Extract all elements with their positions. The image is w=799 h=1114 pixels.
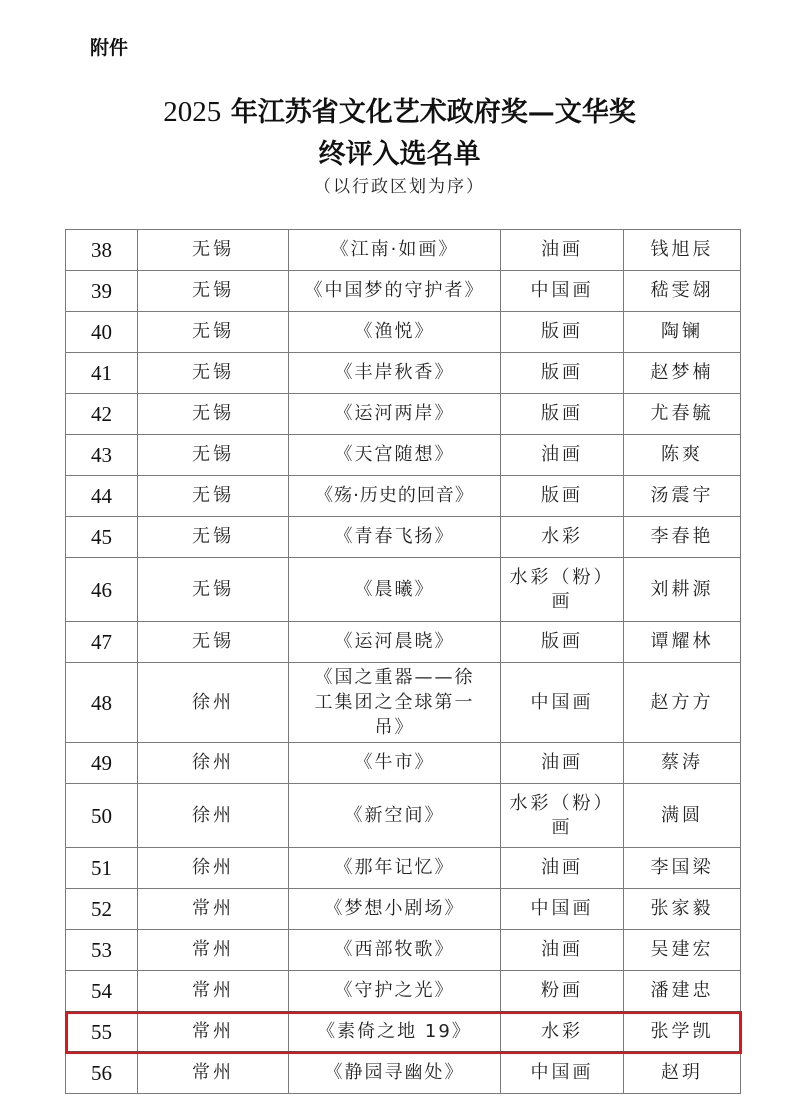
cell-region: 徐州 (138, 663, 289, 743)
table-row: 47 无锡 《运河晨晓》 版画 谭耀林 (66, 622, 741, 663)
cell-number: 55 (66, 1012, 138, 1053)
cell-category: 中国画 (501, 1053, 624, 1094)
cell-author: 满圆 (624, 784, 741, 848)
cell-number: 50 (66, 784, 138, 848)
cell-author: 刘耕源 (624, 558, 741, 622)
cell-work-title: 《运河晨晓》 (289, 622, 501, 663)
cell-work-title: 《江南·如画》 (289, 230, 501, 271)
cell-number: 53 (66, 930, 138, 971)
cell-author: 陶镧 (624, 312, 741, 353)
table-row: 46 无锡 《晨曦》 水彩（粉）画 刘耕源 (66, 558, 741, 622)
table-row: 53 常州 《西部牧歌》 油画 吴建宏 (66, 930, 741, 971)
cell-region: 无锡 (138, 230, 289, 271)
title-year: 2025 (163, 96, 221, 128)
cell-region: 常州 (138, 930, 289, 971)
cell-category: 版画 (501, 476, 624, 517)
cell-number: 45 (66, 517, 138, 558)
cell-category: 水彩（粉）画 (501, 784, 624, 848)
cell-author: 吴建宏 (624, 930, 741, 971)
table-row: 44 无锡 《殇·历史的回音》 版画 汤震宇 (66, 476, 741, 517)
cell-work-title: 《静园寻幽处》 (289, 1053, 501, 1094)
cell-work-title: 《牛市》 (289, 743, 501, 784)
cell-author: 赵梦楠 (624, 353, 741, 394)
cell-category: 水彩（粉）画 (501, 558, 624, 622)
cell-work-title: 《殇·历史的回音》 (289, 476, 501, 517)
cell-work-title: 《渔悦》 (289, 312, 501, 353)
cell-work-title: 《丰岸秋香》 (289, 353, 501, 394)
cell-author: 蔡涛 (624, 743, 741, 784)
cell-region: 无锡 (138, 435, 289, 476)
cell-author: 汤震宇 (624, 476, 741, 517)
cell-category: 中国画 (501, 271, 624, 312)
cell-work-title: 《新空间》 (289, 784, 501, 848)
document-title: 2025 年江苏省文化艺术政府奖—文华奖 (0, 90, 799, 129)
cell-work-title: 《国之重器——徐工集团之全球第一吊》 (289, 663, 501, 743)
document-subtitle: （以行政区划为序） (0, 172, 799, 197)
table-row: 48 徐州 《国之重器——徐工集团之全球第一吊》 中国画 赵方方 (66, 663, 741, 743)
nominee-table: 38 无锡 《江南·如画》 油画 钱旭辰 39 无锡 《中国梦的守护者》 中国画… (65, 229, 741, 1094)
cell-author: 潘建忠 (624, 971, 741, 1012)
table-row: 56 常州 《静园寻幽处》 中国画 赵玥 (66, 1053, 741, 1094)
cell-author: 赵玥 (624, 1053, 741, 1094)
table-row: 39 无锡 《中国梦的守护者》 中国画 嵇雯翃 (66, 271, 741, 312)
cell-category: 油画 (501, 743, 624, 784)
cell-author: 尤春毓 (624, 394, 741, 435)
table-row: 43 无锡 《天宫随想》 油画 陈爽 (66, 435, 741, 476)
cell-number: 49 (66, 743, 138, 784)
cell-category: 油画 (501, 435, 624, 476)
cell-category: 版画 (501, 312, 624, 353)
cell-category: 水彩 (501, 517, 624, 558)
table-row: 49 徐州 《牛市》 油画 蔡涛 (66, 743, 741, 784)
cell-region: 徐州 (138, 848, 289, 889)
cell-work-title: 《天宫随想》 (289, 435, 501, 476)
table-row: 42 无锡 《运河两岸》 版画 尤春毓 (66, 394, 741, 435)
cell-category: 粉画 (501, 971, 624, 1012)
cell-number: 43 (66, 435, 138, 476)
cell-region: 常州 (138, 971, 289, 1012)
table-row: 52 常州 《梦想小剧场》 中国画 张家毅 (66, 889, 741, 930)
cell-work-title: 《那年记忆》 (289, 848, 501, 889)
cell-author: 陈爽 (624, 435, 741, 476)
table-row: 50 徐州 《新空间》 水彩（粉）画 满圆 (66, 784, 741, 848)
cell-category: 版画 (501, 394, 624, 435)
cell-region: 无锡 (138, 353, 289, 394)
cell-number: 39 (66, 271, 138, 312)
cell-category: 油画 (501, 230, 624, 271)
table-row: 51 徐州 《那年记忆》 油画 李国梁 (66, 848, 741, 889)
cell-number: 38 (66, 230, 138, 271)
cell-author: 谭耀林 (624, 622, 741, 663)
cell-number: 54 (66, 971, 138, 1012)
cell-category: 油画 (501, 930, 624, 971)
table-row: 38 无锡 《江南·如画》 油画 钱旭辰 (66, 230, 741, 271)
cell-region: 无锡 (138, 271, 289, 312)
cell-number: 52 (66, 889, 138, 930)
cell-region: 徐州 (138, 743, 289, 784)
cell-number: 42 (66, 394, 138, 435)
cell-author: 嵇雯翃 (624, 271, 741, 312)
cell-author: 赵方方 (624, 663, 741, 743)
cell-number: 48 (66, 663, 138, 743)
cell-number: 41 (66, 353, 138, 394)
table-row-highlighted: 55 常州 《素倚之地 19》 水彩 张学凯 (66, 1012, 741, 1053)
table-row: 45 无锡 《青春飞扬》 水彩 李春艳 (66, 517, 741, 558)
cell-number: 56 (66, 1053, 138, 1094)
cell-work-title: 《中国梦的守护者》 (289, 271, 501, 312)
cell-author: 张家毅 (624, 889, 741, 930)
cell-region: 无锡 (138, 394, 289, 435)
cell-region: 常州 (138, 1012, 289, 1053)
table-row: 40 无锡 《渔悦》 版画 陶镧 (66, 312, 741, 353)
cell-category: 水彩 (501, 1012, 624, 1053)
cell-region: 无锡 (138, 622, 289, 663)
title-line-1: 年江苏省文化艺术政府奖—文华奖 (221, 97, 635, 128)
cell-work-title: 《青春飞扬》 (289, 517, 501, 558)
cell-author: 张学凯 (624, 1012, 741, 1053)
cell-number: 44 (66, 476, 138, 517)
cell-region: 徐州 (138, 784, 289, 848)
cell-region: 无锡 (138, 517, 289, 558)
cell-work-title: 《运河两岸》 (289, 394, 501, 435)
cell-region: 无锡 (138, 558, 289, 622)
cell-work-title: 《素倚之地 19》 (289, 1012, 501, 1053)
cell-work-title: 《梦想小剧场》 (289, 889, 501, 930)
cell-category: 版画 (501, 622, 624, 663)
cell-category: 版画 (501, 353, 624, 394)
cell-number: 40 (66, 312, 138, 353)
cell-work-title: 《晨曦》 (289, 558, 501, 622)
cell-category: 油画 (501, 848, 624, 889)
cell-category: 中国画 (501, 889, 624, 930)
cell-author: 钱旭辰 (624, 230, 741, 271)
cell-work-title: 《守护之光》 (289, 971, 501, 1012)
cell-number: 51 (66, 848, 138, 889)
attachment-label: 附件 (90, 33, 128, 60)
document-title-line-2: 终评入选名单 (0, 132, 799, 171)
table-row: 54 常州 《守护之光》 粉画 潘建忠 (66, 971, 741, 1012)
cell-number: 47 (66, 622, 138, 663)
cell-region: 常州 (138, 1053, 289, 1094)
cell-category: 中国画 (501, 663, 624, 743)
cell-region: 无锡 (138, 312, 289, 353)
cell-author: 李国梁 (624, 848, 741, 889)
cell-author: 李春艳 (624, 517, 741, 558)
cell-number: 46 (66, 558, 138, 622)
table-row: 41 无锡 《丰岸秋香》 版画 赵梦楠 (66, 353, 741, 394)
cell-work-title: 《西部牧歌》 (289, 930, 501, 971)
cell-region: 无锡 (138, 476, 289, 517)
cell-region: 常州 (138, 889, 289, 930)
